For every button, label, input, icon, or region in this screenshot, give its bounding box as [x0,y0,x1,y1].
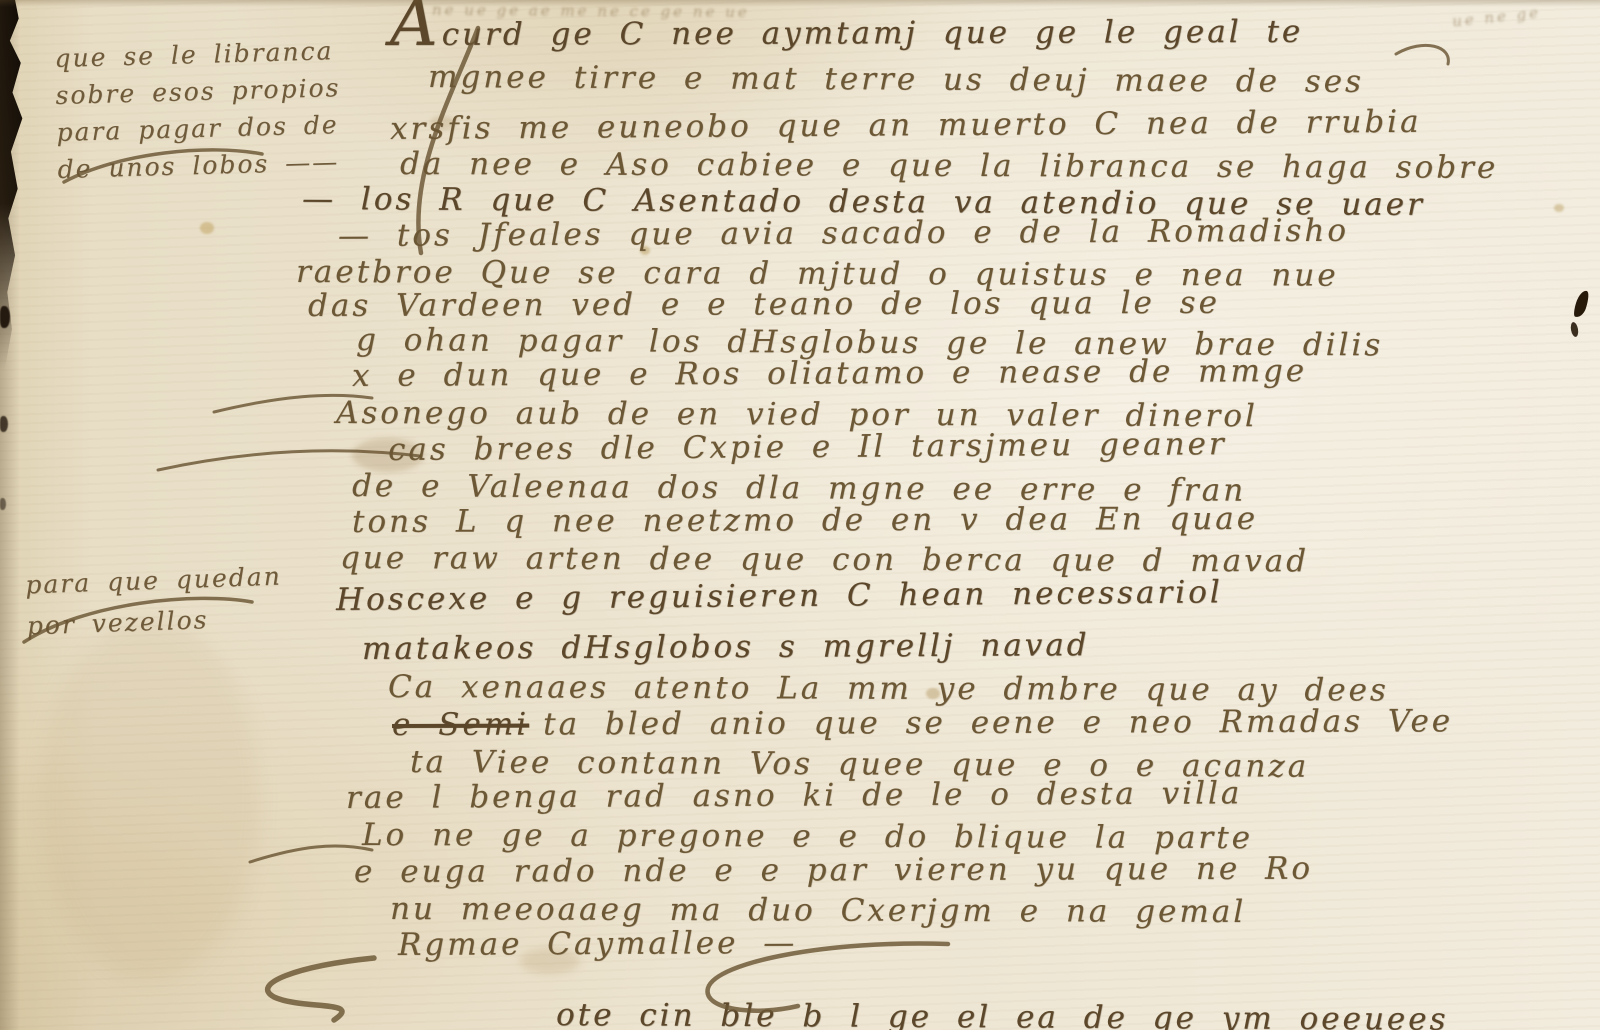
manuscript-line-partial: ote cin ble b l ge el ea de ge ym oeeuee… [556,1000,1449,1030]
manuscript-line: e euga rado nde e e par vieren yu que ne… [354,854,1313,888]
manuscript-line: das Vardeen ved e e teano de los qua le … [308,288,1220,322]
ink-blot [1572,289,1591,319]
manuscript-line: xrsfis me euneobo que an muerto C nea de… [390,107,1422,145]
page-left-edge-shadow [0,0,20,1030]
manuscript-line: x e dun que e Ros oliatamo e nease de mm… [352,356,1307,392]
struck-word: e Semi [392,707,529,743]
initial-letter: A [390,0,438,61]
margin-note-line: de unos lobos —— [57,143,343,188]
binding-fragment [0,306,10,328]
margin-note-1: que se le libranca sobre esos propios pa… [54,32,343,188]
line-text: curd ge C nee aymtamj que ge le geal te [442,14,1304,53]
binding-fragment [0,498,6,510]
manuscript-line: cas brees dle Cxpie e Il tarsjmeu geaner [388,429,1227,466]
manuscript-line: que raw arten dee que con berca que d ma… [340,543,1309,577]
manuscript-line: mgnee tirre e mat terre us deuj maee de … [428,62,1364,98]
manuscript-page: ne ue ge ae me ne ce ge ne ue ue ne ge q… [0,0,1600,1030]
manuscript-line: Ca xenaaes atento La mm ye dmbre que ay … [388,672,1389,706]
manuscript-line: rae l benga rad asno ki de le o desta vi… [346,778,1242,814]
paper-discoloration [40,620,260,980]
line-text: ta bled anio que se eene e neo Rmadas Ve… [543,703,1453,742]
manuscript-line: tons L q nee neetzmo de en v dea En quae [352,504,1258,538]
foxing-spot [1554,204,1564,212]
manuscript-line: Acurd ge C nee aymtamj que ge le geal te [390,17,1303,51]
line-end-flourish [1396,45,1448,64]
manuscript-line: Rgmae Caymallee — [398,928,797,961]
margin-note-2: para que quedan por vezellos [25,556,284,647]
manuscript-line: Lo ne ge a pregone e e do blique la part… [362,820,1253,854]
foxing-spot [200,222,214,234]
manuscript-line: Hoscexe e g reguisieren C hean necessari… [336,577,1223,616]
margin-note-line: por vezellos [26,597,284,647]
ink-blot [1570,322,1579,338]
show-through-scribble: ue ne ge [1451,3,1541,30]
manuscript-line: e Semita bled anio que se eene e neo Rma… [392,706,1453,741]
rubric-flourish [268,958,374,1020]
manuscript-line: nu meeoaaeg ma duo Cxerjgm e na gemal [390,894,1246,928]
manuscript-line: da nee e Aso cabiee e que la libranca se… [400,149,1498,184]
manuscript-line: — tos Jfeales que avia sacado e de la Ro… [338,216,1349,252]
binding-fragment [0,416,8,432]
manuscript-line: matakeos dHsglobos s mgrellj navad [362,630,1090,665]
